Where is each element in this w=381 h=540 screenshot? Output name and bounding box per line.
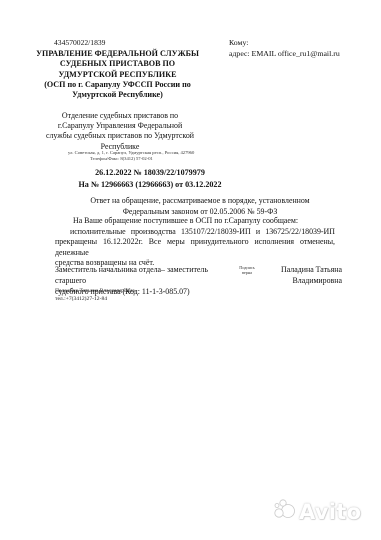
org-name-line-1: УПРАВЛЕНИЕ ФЕДЕРАЛЬНОЙ СЛУЖБЫ — [30, 49, 205, 59]
avito-logo-icon — [273, 498, 297, 525]
case-number-2: 136725/22/18039-ИП — [265, 227, 335, 238]
sender-header: 434570022/1839 УПРАВЛЕНИЕ ФЕДЕРАЛЬНОЙ СЛ… — [30, 38, 205, 100]
recipient-block: Кому: адрес: EMAIL office_ru1@mail.ru — [229, 38, 340, 59]
executor-contact: Паладина Татьяна Владимировна тел.:+7(34… — [55, 288, 135, 303]
body-word: и — [256, 227, 260, 238]
stamp-line-2: верна — [233, 270, 261, 275]
department-phone: Телефон/Факс: 8(3412) 57-02-01 — [68, 156, 228, 162]
sub-org-line-2: Удмуртской Республике) — [30, 90, 205, 100]
sub-org-line-1: (ОСП по г. Сарапулу УФССП России по — [30, 80, 205, 90]
position-line-1: Заместитель начальника отдела– заместите… — [55, 265, 230, 287]
incoming-reference: На № 12966663 (12966663) от 03.12.2022 — [40, 179, 260, 191]
signer-name: Паладина Татьяна Владимировна — [270, 265, 342, 287]
org-name-line-3: УДМУРТСКОЙ РЕСПУБЛИКЕ — [30, 70, 205, 80]
department-line-3: службы судебных приставов по Удмуртской — [30, 131, 210, 141]
org-name-line-2: СУДЕБНЫХ ПРИСТАВОВ ПО — [30, 59, 205, 69]
watermark-text: Avito — [299, 500, 361, 524]
avito-watermark: Avito — [273, 498, 361, 525]
recipient-address: адрес: EMAIL office_ru1@mail.ru — [229, 49, 340, 60]
executor-name: Паладина Татьяна Владимировна — [55, 288, 135, 296]
recipient-label: Кому: — [229, 38, 340, 49]
subject-line-1: Ответ на обращение, рассматриваемое в по… — [60, 196, 340, 207]
department-line-2: г.Сарапулу Управления Федеральной — [30, 121, 210, 131]
outgoing-number: 26.12.2022 № 18039/22/1079979 — [40, 167, 260, 179]
department-block: Отделение судебных приставов по г.Сарапу… — [30, 111, 210, 152]
body-line-2: исполнительные производства 135107/22/18… — [55, 227, 335, 238]
subject-block: Ответ на обращение, рассматриваемое в по… — [60, 196, 340, 217]
body-word: исполнительные — [70, 227, 126, 238]
reference-block: 26.12.2022 № 18039/22/1079979 На № 12966… — [40, 167, 260, 190]
body-intro: На Ваше обращение поступившее в ОСП по г… — [55, 216, 335, 227]
signer-name-line-2: Владимировна — [270, 276, 342, 287]
department-contacts: ул. Советская, д. 1, г. Сарапул, Удмуртс… — [68, 150, 228, 162]
registration-number: 434570022/1839 — [30, 38, 205, 48]
letter-body: На Ваше обращение поступившее в ОСП по г… — [55, 216, 335, 269]
executor-phone: тел.:+7(3412)27-12-84 — [55, 296, 135, 304]
department-line-1: Отделение судебных приставов по — [30, 111, 210, 121]
signer-name-line-1: Паладина Татьяна — [270, 265, 342, 276]
body-line-3: прекращены 16.12.2022г. Все меры принуди… — [55, 237, 335, 258]
body-word: производства — [131, 227, 176, 238]
signature-verified-stamp: Подпись верна — [233, 265, 261, 276]
case-number-1: 135107/22/18039-ИП — [181, 227, 251, 238]
